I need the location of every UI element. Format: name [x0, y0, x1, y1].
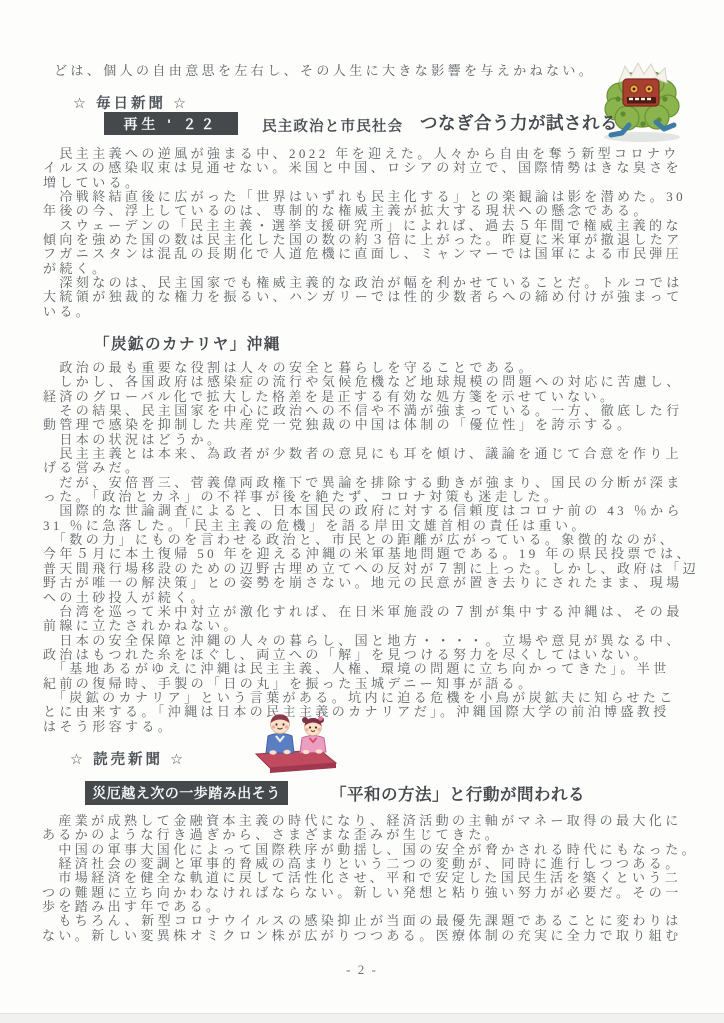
text-line: 市場経済を健全な軌道に戻して活性化させ、平和で安定した国民生活を築くという二	[42, 871, 698, 885]
text-line: 普天間飛行場移設のための辺野古埋め立てへの反対が７割に上った。しかし、政府は「辺	[43, 562, 699, 576]
text-line: 深刻なのは、民主国家でも権威主義的な政治が幅を利かせていることだ。トルコでは	[43, 276, 686, 290]
text-line: 国際的な世論調査によると、日本国民の政府に対する信頼度はコロナ前の 43 ％から	[43, 504, 699, 518]
text-line: への土砂投入が続く。	[43, 591, 699, 605]
text-line: フガニスタンは混乱の長期化で人道危機に直面し、ミャンマーでは国軍による市民弾圧	[43, 247, 686, 261]
text-line: 傾向を強めた国の数は民主化した国の数の約３倍に上がった。昨夏に米軍が撤退したア	[43, 233, 686, 247]
text-line: 動管理で感染を抑制した共産党一党独裁の中国は体制の「優位性」を誇示する。	[43, 418, 699, 432]
text-line: 前線に立たされかねない。	[43, 619, 699, 633]
text-line: 民主主義とは本来、為政者が少数者の意見にも耳を傾け、議論を通じて合意を作り上	[43, 447, 699, 461]
mainichi-body-part2: 政治の最も重要な役割は人々の安全と暮らしを守ることである。 しかし、各国政府は感…	[43, 361, 699, 734]
text-line: 経済社会の変調と軍事的脅威の高まりという二つの変動が、同時に進行しつつある。	[42, 857, 698, 871]
text-line: 大統領が独裁的な権力を振るい、ハンガリーでは性的少数者らへの締め付けが強まって	[43, 290, 686, 304]
text-line: 野古が唯一の解決策」との姿勢を崩さない。地元の民意が置き去りにされたまま、現場	[43, 576, 699, 590]
text-line: 増している。	[43, 176, 686, 190]
mainichi-subheading: 「炭鉱のカナリヤ」沖縄	[94, 332, 281, 354]
text-line: イルスの感染収束は見通せない。米国と中国、ロシアの対立で、国際情勢はきな臭さを	[43, 161, 686, 175]
text-line: 歩を踏み出す年である。	[42, 900, 698, 914]
text-line: ない。新しい変異株オミクロン株が広がりつつある。医療体制の充実に全力で取り組む	[42, 929, 698, 943]
scan-edge-shadow	[0, 1013, 724, 1023]
text-line: 経済のグローバル化で拡大した格差を是正する有効な処方箋を示せていない。	[43, 390, 699, 404]
text-line: とに由来する。「沖縄は日本の民主主義のカナリアだ」。沖縄国際大学の前泊博盛教授	[43, 705, 699, 719]
text-line: いる。	[43, 305, 686, 319]
text-line: 民主主義への逆風が強まる中、2022 年を迎えた。人々から自由を奪う新型コロナウ	[43, 147, 686, 161]
text-line: 冷戦終結直後に広がった「世界はいずれも民主化する」との楽観論は影を潜めた。30	[43, 190, 686, 204]
text-line: 政治の最も重要な役割は人々の安全と暮らしを守ることである。	[43, 361, 699, 375]
mainichi-headline-category: 民主政治と市民社会	[262, 115, 403, 136]
page-number: - 2 -	[262, 962, 462, 978]
text-line: はそう形容する。	[43, 720, 699, 734]
yomiuri-section-heading: ☆ 読売新聞 ☆	[70, 748, 186, 769]
text-line: あるかのような行き過ぎから、さまざまな歪みが生じてきた。	[42, 828, 698, 842]
mainichi-body-part1: 民主主義への逆風が強まる中、2022 年を迎えた。人々から自由を奪う新型コロナウ…	[43, 147, 686, 319]
text-line: 産業が成熟して金融資本主義の時代になり、経済活動の主軸がマネー取得の最大化に	[42, 814, 698, 828]
text-line: が続く。	[43, 262, 686, 276]
text-line: げる営みだ。	[43, 461, 699, 475]
text-line: 「基地あるがゆえに沖縄は民主主義、人権、環境の問題に立ち向かってきた」。半世	[43, 662, 699, 676]
text-line: つの難題に立ち向かわなければならない。新しい発想と粘り強い努力が必要だ。その一	[42, 886, 698, 900]
text-line: その結果、民主国家を中心に政治への不信や不満が強まっている。一方、徹底した行	[43, 404, 699, 418]
text-line: 「炭鉱のカナリア」という言葉がある。坑内に迫る危機を小鳥が炭鉱夫に知らせたこ	[43, 691, 699, 705]
yomiuri-headline-title: 「平和の方法」と行動が問われる	[330, 781, 585, 805]
text-line: スウェーデンの「民主主義・選挙支援研究所」によれば、過去５年間で権威主義的な	[43, 219, 686, 233]
text-line: 日本の安全保障と沖縄の人々の暮らし、国と地方・・・・。立場や意見が異なる中、	[43, 634, 699, 648]
text-line: 台湾を巡って米中対立が激化すれば、在日米軍施設の７割が集中する沖縄は、その最	[43, 605, 699, 619]
text-line: もちろん、新型コロナウイルスの感染抑止が当面の最優先課題であることに変わりは	[42, 914, 698, 928]
new-year-greeting-children-icon	[252, 710, 340, 776]
text-line: 日本の状況はどうか。	[43, 433, 699, 447]
text-line: 今年５月に本土復帰 50 年を迎える沖縄の米軍基地問題である。19 年の県民投票…	[43, 547, 699, 561]
mainichi-section-heading: ☆ 毎日新聞 ☆	[73, 92, 189, 113]
yomiuri-body: 産業が成熟して金融資本主義の時代になり、経済活動の主軸がマネー取得の最大化にある…	[42, 814, 698, 943]
text-line: 31 ％に急落した。「民主主義の危機」を語る岸田文雄首相の責任は重い。	[43, 519, 699, 533]
text-line: しかし、各国政府は感染症の流行や気候危機など地球規模の問題への対応に苦慮し、	[43, 375, 699, 389]
text-line: だが、安倍晋三、菅義偉両政権下で異論を排除する動きが強まり、国民の分断が深ま	[43, 476, 699, 490]
text-line: 「数の力」にものを言わせる政治と、市民との距離が広がっている。象徴的なのが、	[43, 533, 699, 547]
mainichi-headline-title: つなぎ合う力が試される	[420, 110, 618, 135]
text-line: 紀前の復帰時、手製の「日の丸」を振った玉城デニー知事が語る。	[43, 677, 699, 691]
text-line: 政治はもつれた糸をほぐし、両立への「解」を見つける努力を尽くしてはいない。	[43, 648, 699, 662]
text-line: 年後の今、浮上しているのは、専制的な権威主義が拡大する現状への懸念である。	[43, 204, 686, 218]
yomiuri-series-badge: 災厄越え次の一歩踏み出そう	[85, 781, 288, 805]
text-line: った。「政治とカネ」の不祥事が後を絶たず、コロナ対策も迷走した。	[43, 490, 699, 504]
document-page: どは、個人の自由意思を左右し、その人生に大きな影響を与えかねない。	[0, 0, 724, 1023]
mainichi-series-badge: 再生 ' ２２	[104, 112, 238, 135]
carryover-sentence: どは、個人の自由意思を左右し、その人生に大きな影響を与えかねない。	[54, 60, 595, 79]
text-line: 中国の軍事大国化によって国際秩序が動揺し、国の安全が脅かされる時代にもなった。	[42, 843, 698, 857]
